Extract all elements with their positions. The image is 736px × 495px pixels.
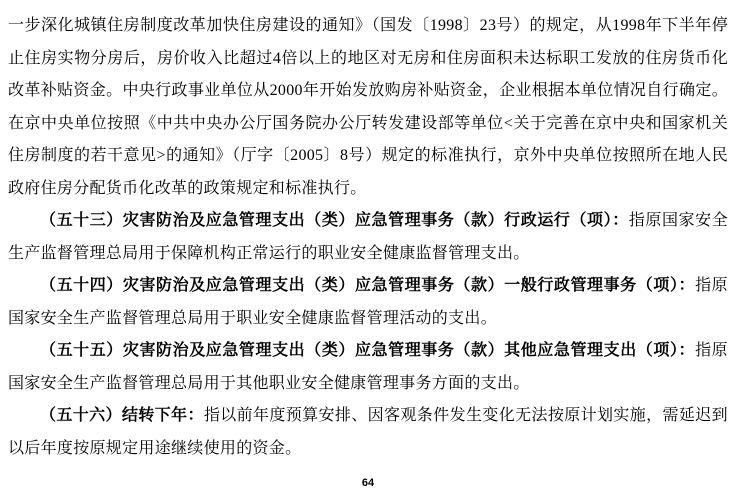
paragraph-continuation: 一步深化城镇住房制度改革加快住房建设的通知》（国发〔1998〕23号）的规定，从… [8,10,728,205]
item-55-heading: （五十五）灾害防治及应急管理支出（类）应急管理事务（款）其他应急管理支出（项）： [40,342,695,359]
paragraph-continuation-text: 一步深化城镇住房制度改革加快住房建设的通知》（国发〔1998〕23号）的规定，从… [8,17,728,197]
item-56-heading: （五十六）结转下年： [40,407,204,424]
paragraph-item-56: （五十六）结转下年：指以前年度预算安排、因客观条件发生变化无法按原计划实施，需延… [8,400,728,465]
document-page: 一步深化城镇住房制度改革加快住房建设的通知》（国发〔1998〕23号）的规定，从… [0,0,736,495]
page-number: 64 [0,477,736,489]
paragraph-item-54: （五十四）灾害防治及应急管理支出（类）应急管理事务（款）一般行政管理事务（项）：… [8,270,728,335]
item-54-heading: （五十四）灾害防治及应急管理支出（类）应急管理事务（款）一般行政管理事务（项）： [40,277,695,294]
paragraph-item-53: （五十三）灾害防治及应急管理支出（类）应急管理事务（款）行政运行（项）：指原国家… [8,205,728,270]
item-53-heading: （五十三）灾害防治及应急管理支出（类）应急管理事务（款）行政运行（项）： [40,212,629,229]
paragraph-item-55: （五十五）灾害防治及应急管理支出（类）应急管理事务（款）其他应急管理支出（项）：… [8,335,728,400]
